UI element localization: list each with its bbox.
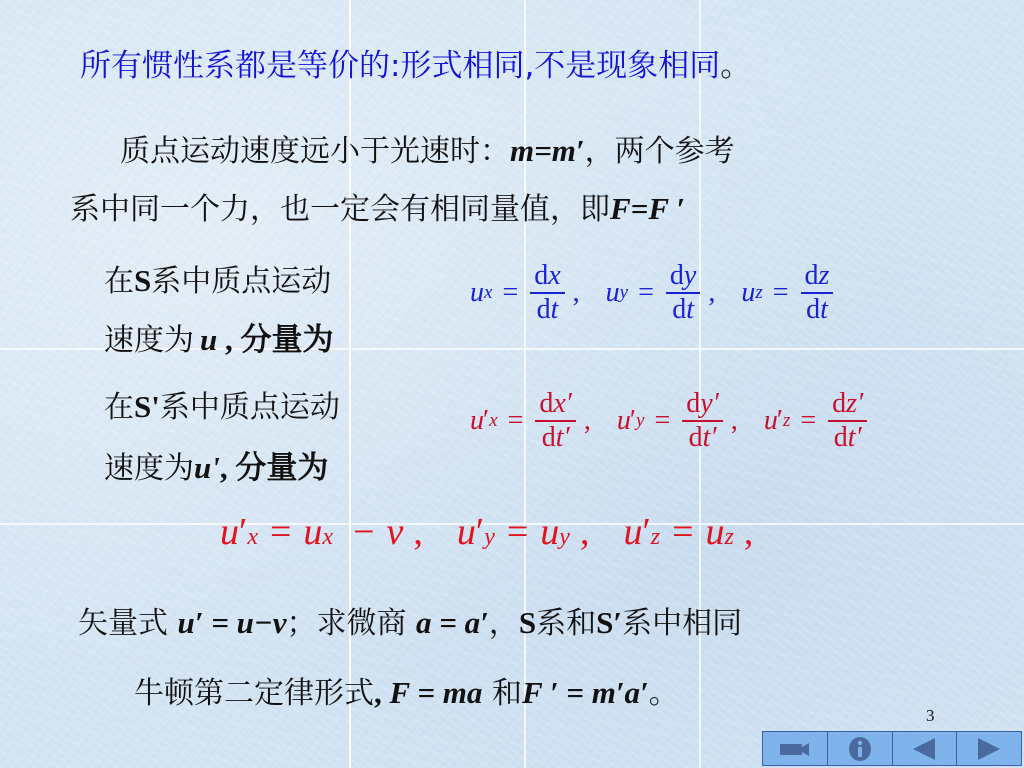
s-prime-frame-line1: 在S'系中质点运动: [104, 382, 340, 426]
var: u: [606, 277, 620, 309]
text: 系中同一个力，也一定会有相同量值，即: [70, 192, 610, 227]
formula-uz: uz = dz dt: [741, 260, 835, 326]
info-button[interactable]: [828, 732, 893, 765]
equals: =: [508, 405, 524, 437]
formula-ux-prime: u′x = dx′ dt′ ,: [470, 388, 617, 454]
separator: ,: [573, 277, 580, 309]
velocity-symbol: u: [200, 322, 217, 357]
d: d: [534, 260, 548, 291]
var: u: [470, 277, 484, 309]
frame-symbol: S′: [596, 605, 622, 640]
var: y′: [700, 388, 719, 419]
text: ，两个参考: [585, 134, 735, 169]
text: 速度为: [104, 323, 194, 358]
math-newton-second-law-prime: F ′ = m′a′: [522, 675, 649, 710]
d: d: [670, 260, 684, 291]
var: u: [764, 405, 778, 437]
paragraph2-line1: 矢量式 u′ = u−v；求微商 a = a′，S系和S′系中相同: [78, 598, 742, 642]
separator: ,: [413, 510, 423, 554]
text: 牛顿第二定律形式: [134, 676, 374, 711]
velocity-symbol: u': [194, 450, 220, 485]
text: 质点运动速度远小于光速时：: [120, 134, 510, 169]
slide-title-period: 。: [720, 48, 751, 84]
triangle-left-icon: [911, 737, 937, 761]
text: 矢量式: [78, 606, 178, 641]
fraction: dx′ dt′: [535, 388, 576, 454]
next-slide-button[interactable]: [957, 732, 1021, 765]
d: d: [834, 422, 848, 453]
d: d: [686, 388, 700, 419]
var: x′: [553, 388, 572, 419]
separator: ,: [584, 405, 591, 437]
minus: −: [353, 510, 374, 554]
slide-title: 所有惯性系都是等价的:形式相同,不是现象相同。: [80, 40, 751, 85]
d: d: [805, 260, 819, 291]
text: , 分量为: [217, 322, 333, 357]
math-newton-second-law: F = ma: [390, 675, 483, 710]
text: ；求微商: [286, 606, 416, 641]
formula-uy-prime: u′y = dy′ dt′ ,: [617, 388, 764, 454]
paragraph2-line2: 牛顿第二定律形式, F = ma 和F ′ = m′a′。: [134, 668, 679, 712]
equals: =: [270, 510, 291, 554]
paragraph1-line1: 质点运动速度远小于光速时：m=m′，两个参考: [120, 126, 735, 170]
var: u: [617, 405, 631, 437]
var: u: [303, 510, 322, 554]
prime: ′: [642, 510, 650, 554]
text: 和: [482, 676, 522, 711]
equals: =: [502, 277, 518, 309]
s-prime-frame-velocity-components: u′x = dx′ dt′ , u′y = dy′ dt′ , u′z = dz…: [470, 388, 869, 454]
fraction: dy dt: [666, 260, 700, 326]
math-mass-equality: m=m′: [510, 133, 585, 168]
var: y: [684, 260, 696, 291]
frame-symbol: S: [134, 263, 151, 298]
d: d: [537, 294, 551, 325]
var: t′: [848, 422, 862, 453]
var: t: [686, 294, 694, 325]
page-number: 3: [926, 706, 935, 726]
text: 系中质点运动: [160, 390, 340, 425]
var: t: [820, 294, 828, 325]
fraction: dx dt: [530, 260, 564, 326]
text: ,: [374, 675, 390, 710]
d: d: [672, 294, 686, 325]
math-vector-velocity: u′ = u−v: [178, 605, 287, 640]
formula-uz-prime: u′z = dz′ dt′: [764, 388, 869, 454]
formula-uy: uy = dy dt ,: [606, 260, 742, 326]
separator: ,: [744, 510, 754, 554]
text: 在: [104, 264, 134, 299]
background-seam: [349, 0, 351, 768]
equals: =: [507, 510, 528, 554]
var: u: [741, 277, 755, 309]
paragraph1-line2: 系中同一个力，也一定会有相同量值，即F=F ′: [70, 184, 685, 228]
d: d: [539, 388, 553, 419]
var: x: [548, 260, 560, 291]
var: z: [819, 260, 830, 291]
var: u: [706, 510, 725, 554]
text: 。: [649, 676, 679, 711]
math-force-equality: F=F ′: [610, 191, 685, 226]
text: 速度为: [104, 451, 194, 486]
fraction: dy′ dt′: [682, 388, 723, 454]
frame-symbol: S: [519, 605, 536, 640]
fraction: dz dt: [801, 260, 834, 326]
var: u: [470, 405, 484, 437]
formula-ux: ux = dx dt ,: [470, 260, 606, 326]
var: u: [220, 510, 239, 554]
var: u: [457, 510, 476, 554]
equals: =: [773, 277, 789, 309]
slide-navigation-bar: [762, 731, 1022, 766]
s-frame-line1: 在S系中质点运动: [104, 256, 331, 300]
var: t: [551, 294, 559, 325]
text: , 分量为: [220, 450, 329, 485]
d: d: [832, 388, 846, 419]
slide-title-text: 所有惯性系都是等价的:形式相同,不是现象相同: [80, 48, 720, 84]
equals: =: [654, 405, 670, 437]
info-icon: [847, 736, 873, 762]
separator: ,: [708, 277, 715, 309]
var: t′: [703, 422, 717, 453]
text: 系中相同: [622, 606, 742, 641]
equals: =: [800, 405, 816, 437]
text: 系中质点运动: [151, 264, 331, 299]
s-prime-frame-line2: 速度为u', 分量为: [104, 442, 328, 487]
var: v: [387, 510, 404, 554]
triangle-right-icon: [976, 737, 1002, 761]
background-seam: [699, 0, 701, 768]
camera-button[interactable]: [763, 732, 828, 765]
s-frame-line2: 速度为u , 分量为: [104, 314, 334, 359]
equals: =: [672, 510, 693, 554]
text: ，: [489, 606, 519, 641]
equals: =: [638, 277, 654, 309]
camera-icon: [778, 741, 812, 757]
var: t′: [556, 422, 570, 453]
frame-symbol: S': [134, 389, 160, 424]
prime: ′: [476, 510, 484, 554]
d: d: [689, 422, 703, 453]
d: d: [542, 422, 556, 453]
text: 系和: [536, 606, 596, 641]
text: 在: [104, 390, 134, 425]
d: d: [806, 294, 820, 325]
math-acceleration-equality: a = a′: [416, 605, 489, 640]
fraction: dz′ dt′: [828, 388, 867, 454]
previous-slide-button[interactable]: [893, 732, 958, 765]
s-frame-velocity-components: ux = dx dt , uy = dy dt , uz = dz dt: [470, 260, 835, 326]
var: u: [540, 510, 559, 554]
separator: ,: [731, 405, 738, 437]
background-seam: [524, 0, 526, 768]
var: u: [623, 510, 642, 554]
galilean-velocity-transform: u′x = ux − v , u′y = uy , u′z = uz ,: [220, 510, 753, 554]
var: z′: [846, 388, 863, 419]
separator: ,: [580, 510, 590, 554]
